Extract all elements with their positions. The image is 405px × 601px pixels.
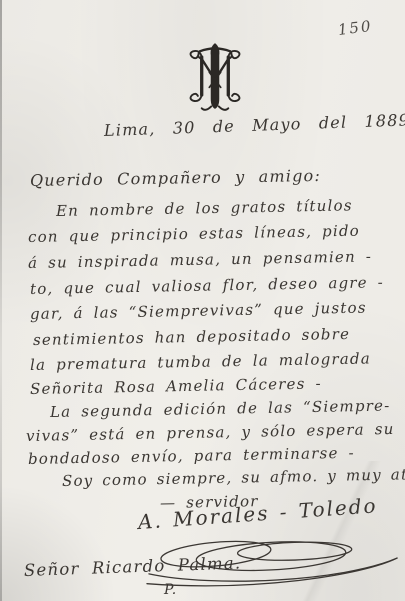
body-line: to, que cual valiosa flor, deseo agre -	[30, 274, 384, 297]
body-line: sentimientos han depositado sobre	[33, 326, 350, 349]
page-number: 150	[337, 18, 373, 39]
monogram-icon	[186, 38, 244, 114]
body-line: En nombre de los gratos títulos	[56, 197, 353, 219]
letter-page: 150 Lima, 30 de Mayo del 1889. Querido C…	[0, 0, 405, 601]
addressee-note: P.	[164, 583, 177, 598]
dateline: Lima, 30 de Mayo del 1889.	[104, 111, 405, 139]
body-line: vivas” está en prensa, y sólo espera su	[26, 421, 395, 445]
body-line: con que principio estas líneas, pido	[28, 223, 360, 246]
salutation: Querido Compañero y amigo:	[30, 167, 321, 190]
body-line: Señorita Rosa Amelia Cáceres -	[30, 375, 322, 397]
body-line: la prematura tumba de la malograda	[30, 350, 371, 373]
scan-edge-shadow	[0, 0, 2, 601]
body-line: gar, á las “Siemprevivas” que justos	[30, 300, 367, 323]
body-line: á su inspirada musa, un pensamien -	[28, 248, 372, 271]
body-line: La segunda edición de las “Siempre-	[50, 397, 391, 420]
